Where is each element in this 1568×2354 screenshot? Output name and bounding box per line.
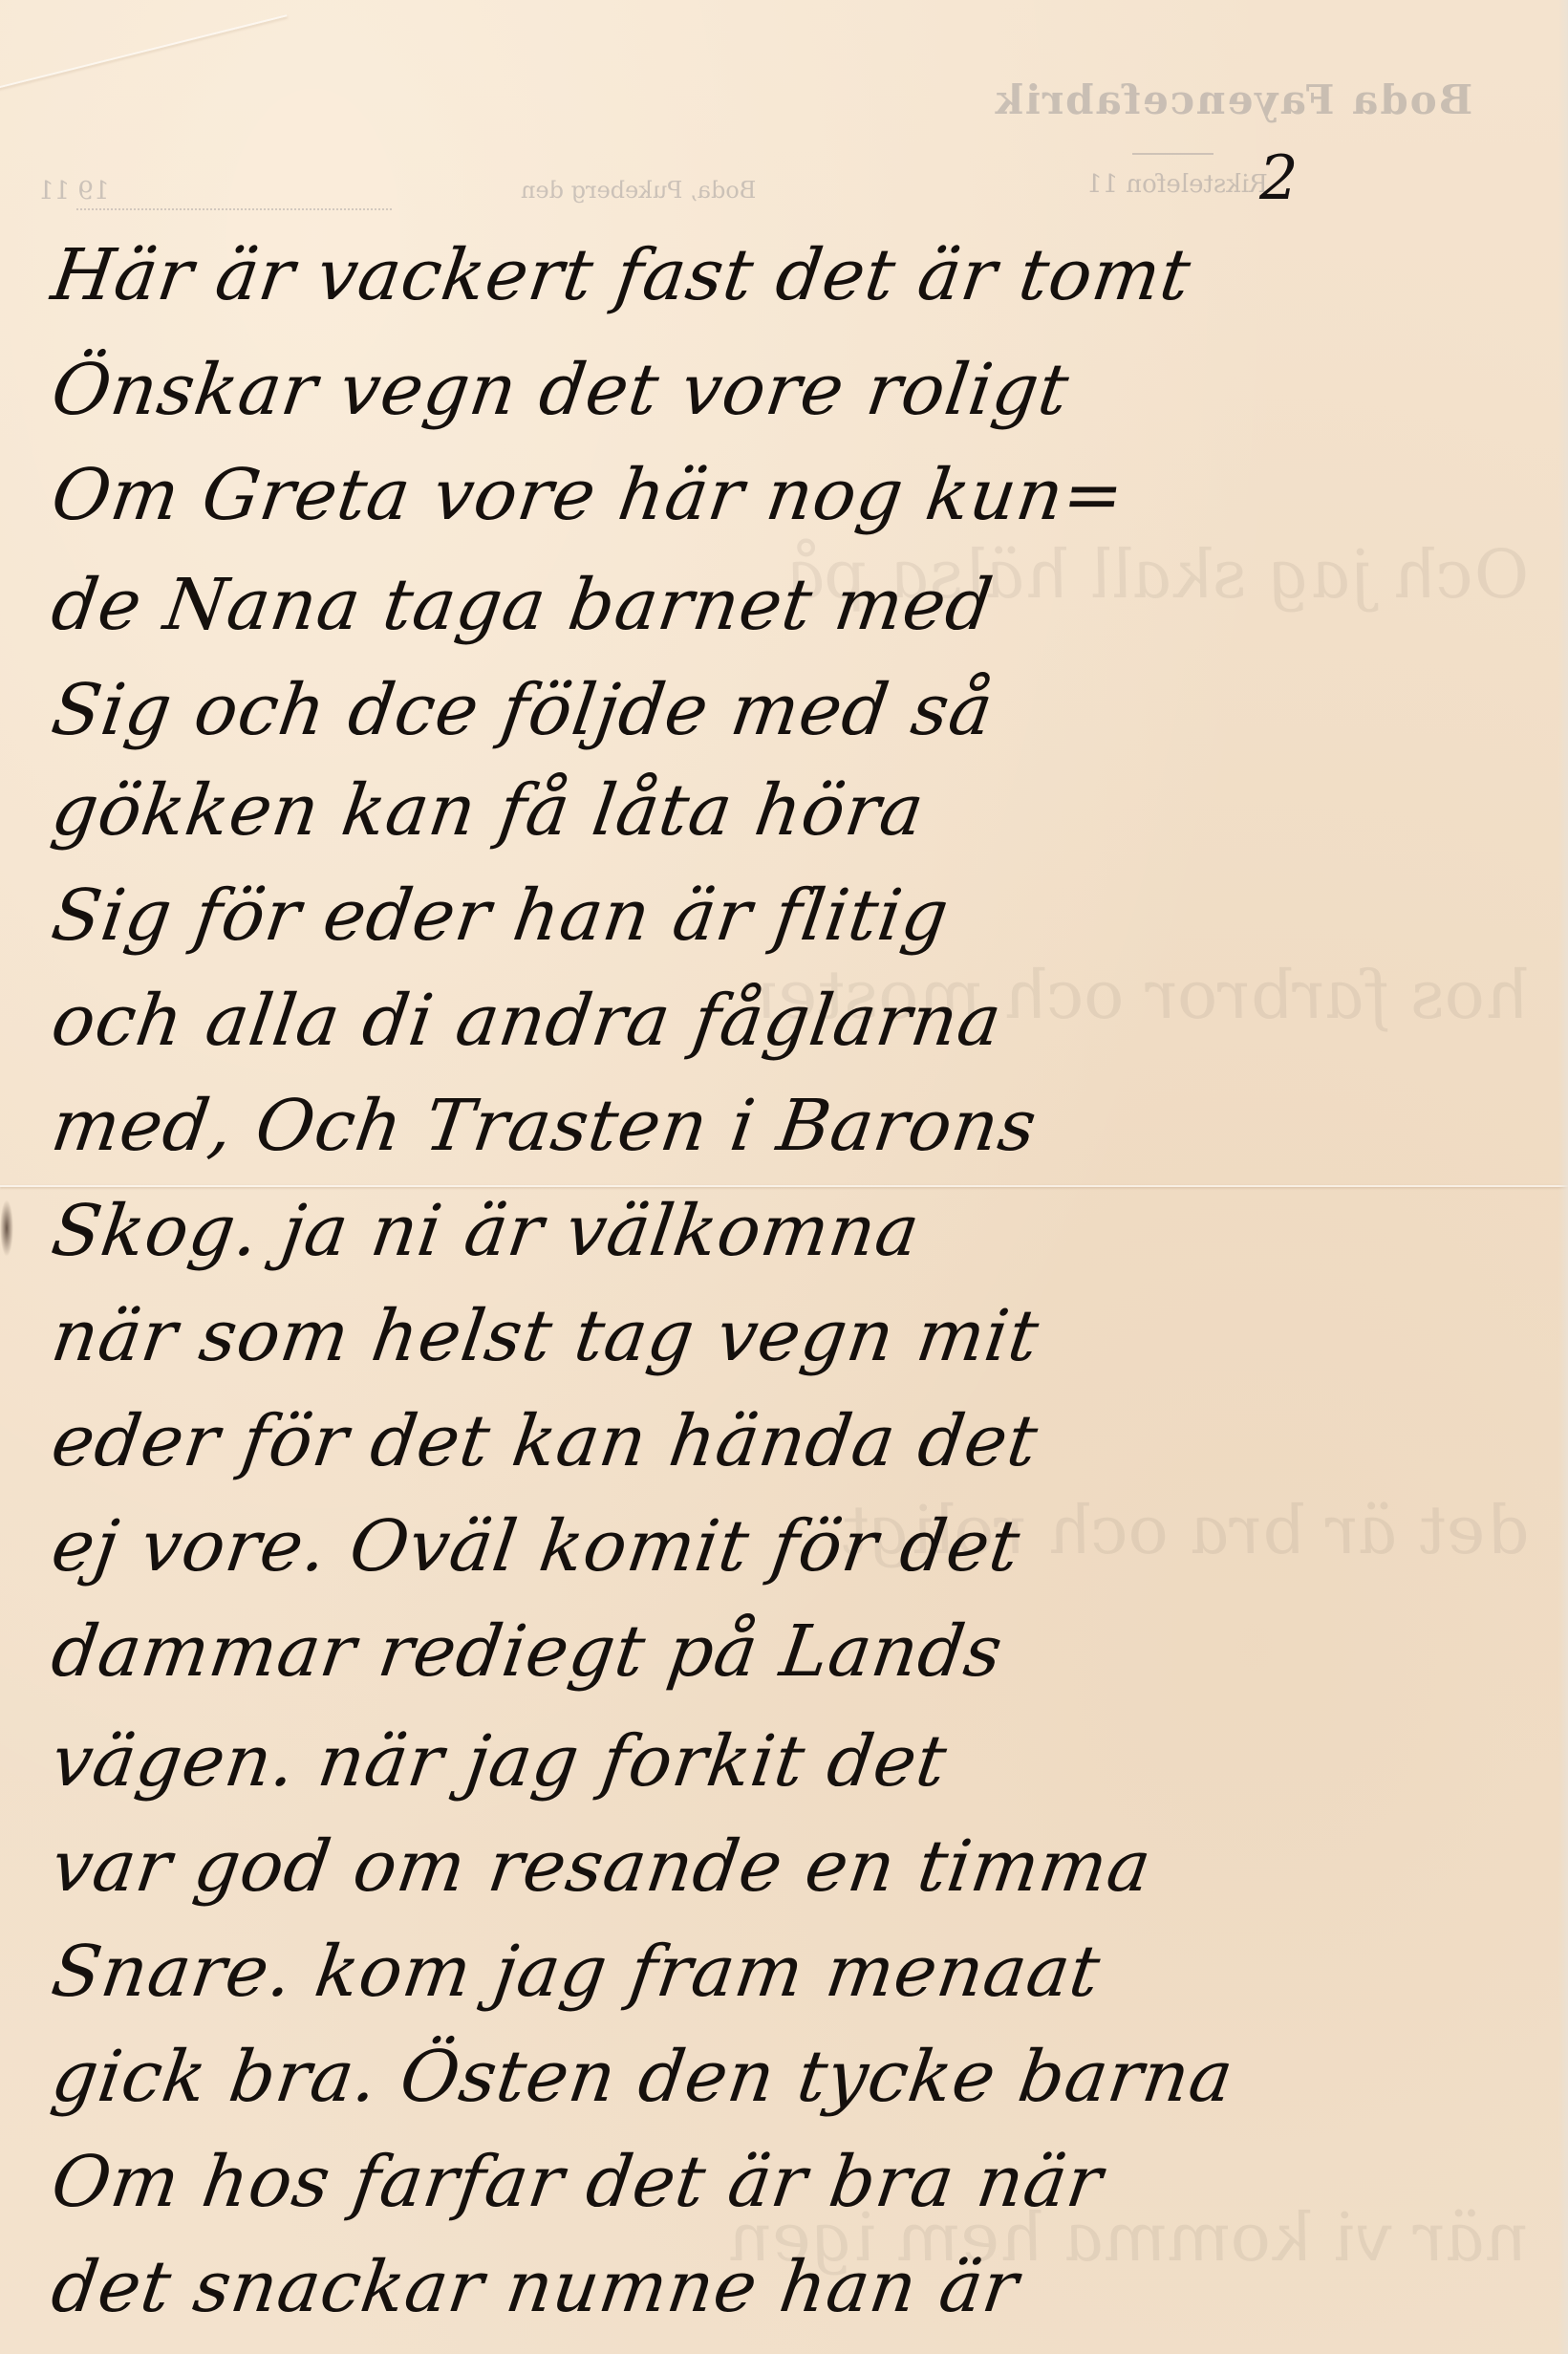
letter-line: Om hos farfar det är bra när bbox=[47, 2141, 1107, 2223]
letter-line: Sig och dce följde med så bbox=[47, 669, 999, 751]
letter-line: Skog. ja ni är välkomna bbox=[47, 1190, 925, 1272]
letter-line: och alla di andra fåglarna bbox=[47, 980, 1007, 1062]
letter-line: Sig för eder han är flitig bbox=[47, 875, 955, 957]
letterhead-phone: Rikstelefon 11 bbox=[1086, 170, 1268, 199]
letter-line: när som helst tag vegn mit bbox=[47, 1295, 1044, 1377]
letterhead-year: 19 11 bbox=[38, 177, 109, 205]
letterhead-rule bbox=[1132, 153, 1214, 155]
fold-line bbox=[0, 1185, 1568, 1187]
letter-line: Snare. kom jag fram menaat bbox=[47, 1931, 1106, 2013]
letter-line: dammar rediegt på Lands bbox=[47, 1610, 1008, 1693]
letterhead-date-rule bbox=[76, 208, 392, 210]
ink-stain bbox=[0, 1199, 13, 1257]
letter-line: ej vore. Oväl komit för det bbox=[47, 1505, 1025, 1587]
letter-line: gökken kan få låta höra bbox=[47, 769, 930, 852]
letter-line: Om Greta vore här nog kun= bbox=[47, 454, 1129, 536]
page-number: 2 bbox=[1259, 143, 1299, 214]
letter-line: de Nana taga barnet med bbox=[47, 564, 999, 646]
letter-line: vägen. när jag forkit det bbox=[47, 1720, 952, 1803]
letter-line: Önskar vegn det vore roligt bbox=[47, 349, 1074, 431]
letterhead-company: Boda Fayencefabrik bbox=[994, 76, 1472, 123]
letter-line: Här är vackert fast det är tomt bbox=[47, 234, 1196, 316]
paper-edge bbox=[1558, 0, 1568, 2354]
letterhead-place: Boda, Pukeberg den bbox=[521, 177, 756, 204]
letter-line: var god om resande en timma bbox=[47, 1825, 1156, 1908]
letter-line: det snackar numne han är bbox=[47, 2246, 1023, 2328]
letter-line: gick bra. Östen den tycke barna bbox=[47, 2036, 1238, 2118]
letter-line: eder för det kan hända det bbox=[47, 1400, 1043, 1482]
letter-line: med, Och Trasten i Barons bbox=[47, 1085, 1042, 1167]
